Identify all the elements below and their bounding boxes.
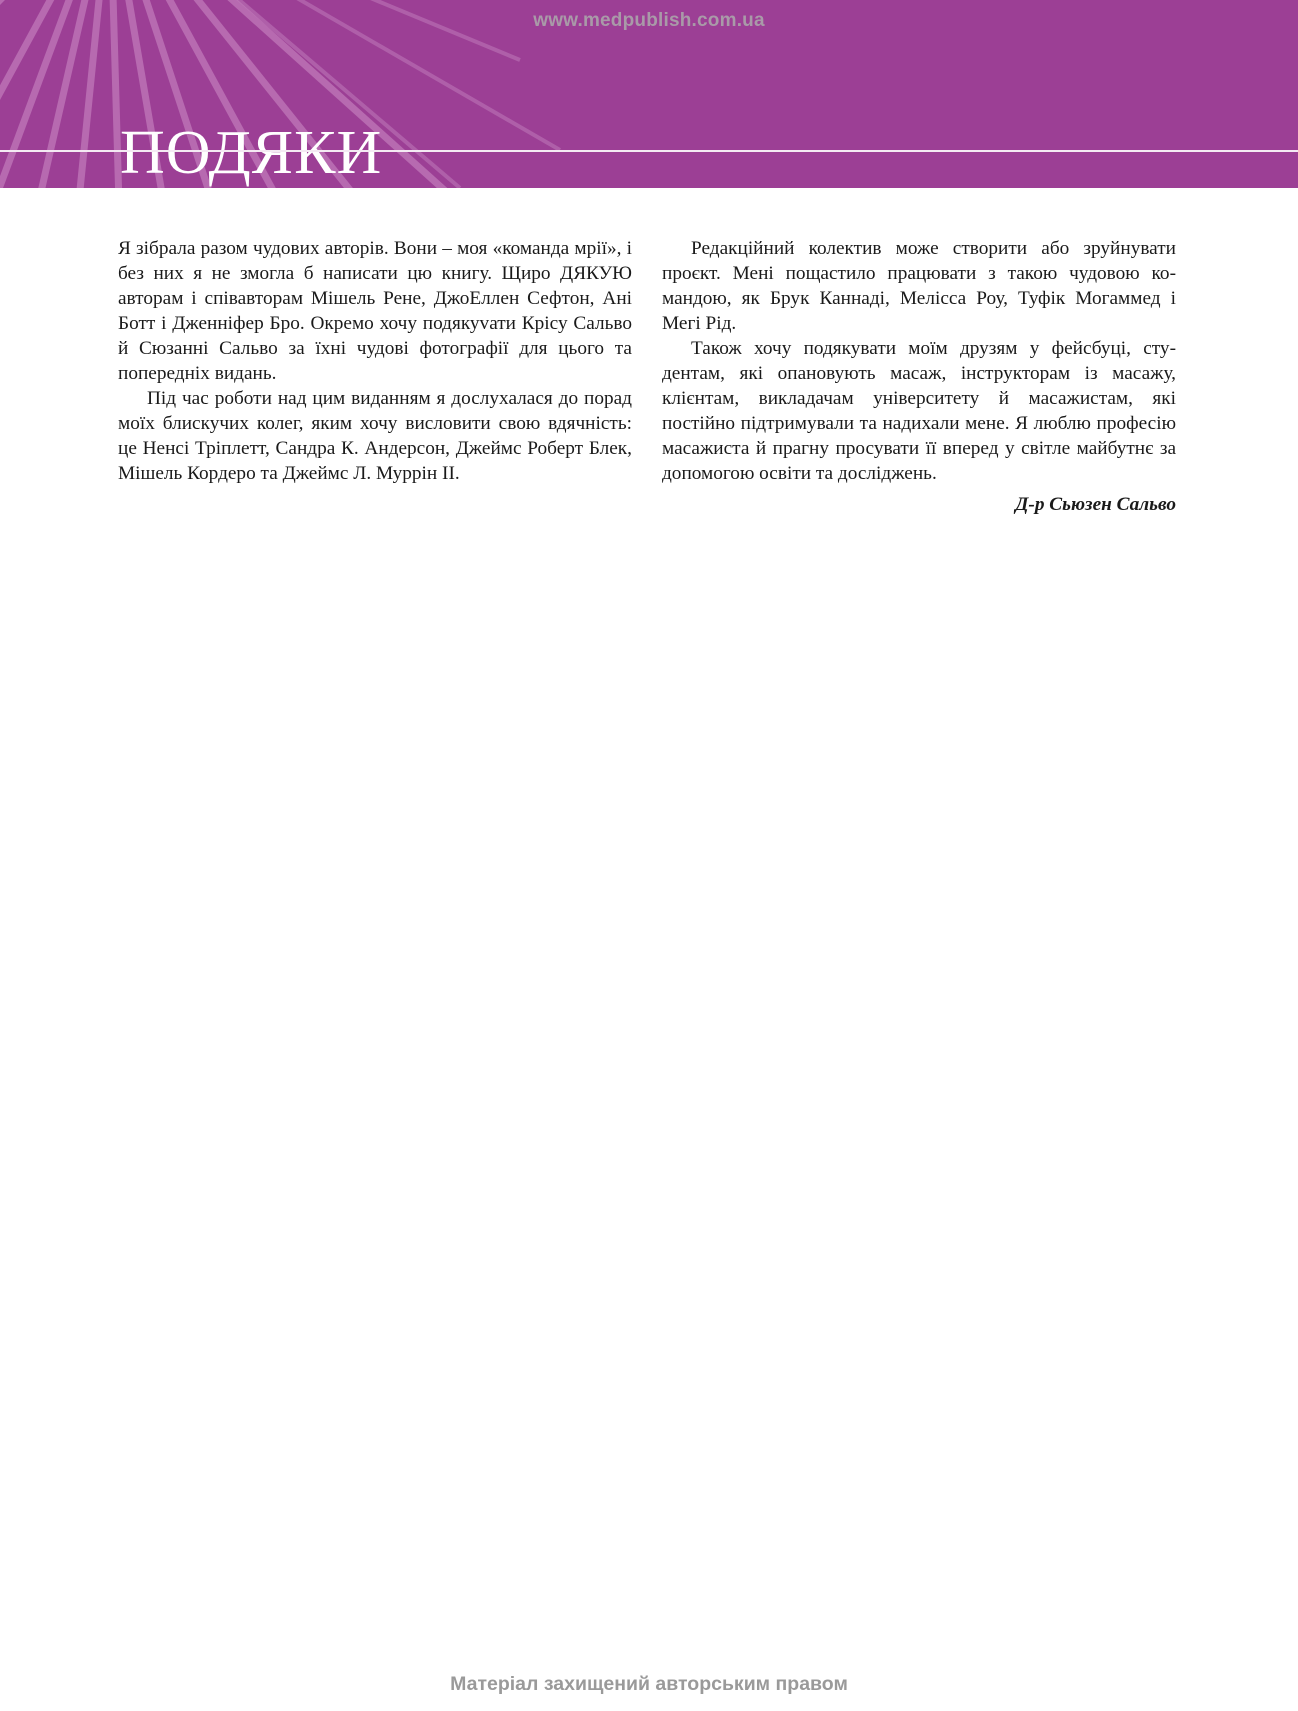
copyright-notice: Матеріал захищений авторським правом <box>0 1673 1298 1696</box>
header-divider <box>0 150 1298 152</box>
paragraph: Редакційний колектив може створити або з… <box>662 236 1176 336</box>
paragraph: Також хочу подякувати моїм друзям у фейс… <box>662 336 1176 486</box>
paragraph: Під час роботи над цим виданням я дослух… <box>118 386 632 486</box>
body-columns: Я зібрала разом чудових авторів. Вони – … <box>118 236 1176 517</box>
paragraph: Я зібрала разом чудових авторів. Вони – … <box>118 236 632 386</box>
publisher-url: www.medpublish.com.ua <box>0 10 1298 32</box>
left-column: Я зібрала разом чудових авторів. Вони – … <box>118 236 632 517</box>
author-signature: Д-р Сьюзен Сальво <box>662 492 1176 517</box>
page-header-banner: www.medpublish.com.ua ПОДЯКИ <box>0 0 1298 188</box>
page-title: ПОДЯКИ <box>120 122 382 184</box>
right-column: Редакційний колектив може створити або з… <box>662 236 1176 517</box>
